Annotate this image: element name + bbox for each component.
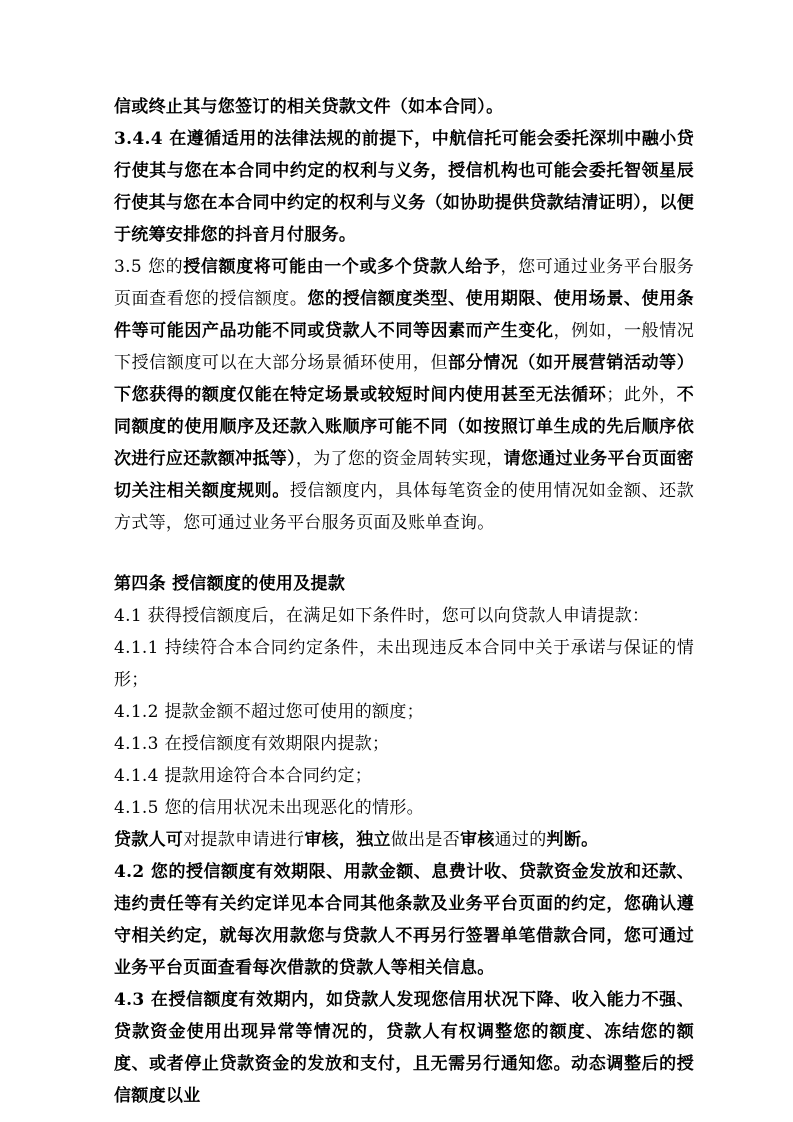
- bold-text-run: 审核，独立: [304, 830, 391, 850]
- paragraph: 信或终止其与您签订的相关贷款文件（如本合同）。: [114, 91, 694, 123]
- bold-text-run: 4.2 您的授信额度有效期限、用款金额、息费计收、贷款资金发放和还款、违约责任等…: [114, 862, 694, 978]
- bold-text-run: 4.3 在授信额度有效期内，如贷款人发现您信用状况下降、收入能力不强、贷款资金使…: [114, 990, 694, 1106]
- paragraph: 4.1.1 持续符合本合同约定条件，未出现违反本合同中关于承诺与保证的情形；: [114, 632, 694, 696]
- bold-text-run: 授信额度将可能由一个或多个贷款人给予: [183, 257, 500, 277]
- bold-text-run: 判断。: [547, 830, 599, 850]
- text-run: ；此外，: [606, 385, 676, 405]
- bold-text-run: 3.4.4 在遵循适用的法律法规的前提下，中航信托可能会委托深圳中融小贷行使其与…: [114, 129, 694, 245]
- paragraph: 4.3 在授信额度有效期内，如贷款人发现您信用状况下降、收入能力不强、贷款资金使…: [114, 984, 694, 1112]
- paragraph: 4.1.3 在授信额度有效期限内提款；: [114, 728, 694, 760]
- text-run: 4.1 获得授信额度后，在满足如下条件时，您可以向贷款人申请提款：: [114, 606, 649, 626]
- text-run: 做出是否: [391, 830, 460, 850]
- text-run: 3.5 您的: [114, 257, 183, 277]
- paragraph: 4.1.5 您的信用状况未出现恶化的情形。: [114, 792, 694, 824]
- section-heading: 第四条 授信额度的使用及提款: [114, 568, 694, 600]
- document-page: 信或终止其与您签订的相关贷款文件（如本合同）。3.4.4 在遵循适用的法律法规的…: [0, 0, 793, 1122]
- text-run: 4.1.1 持续符合本合同约定条件，未出现违反本合同中关于承诺与保证的情形；: [114, 638, 694, 690]
- text-run: 4.1.5 您的信用状况未出现恶化的情形。: [114, 798, 424, 818]
- bold-text-run: 审核: [460, 830, 495, 850]
- text-run: ，为了您的资金周转实现，: [296, 449, 504, 469]
- bold-text-run: 信或终止其与您签订的相关贷款文件（如本合同）。: [114, 97, 503, 117]
- text-run: 4.1.2 提款金额不超过您可使用的额度；: [114, 702, 424, 722]
- paragraph: 4.1.4 提款用途符合本合同约定；: [114, 760, 694, 792]
- text-run: 4.1.4 提款用途符合本合同约定；: [114, 766, 372, 786]
- paragraph: 3.5 您的授信额度将可能由一个或多个贷款人给予，您可通过业务平台服务页面查看您…: [114, 251, 694, 539]
- paragraph: 贷款人可对提款申请进行审核，独立做出是否审核通过的判断。: [114, 824, 694, 856]
- text-run: 通过的: [495, 830, 547, 850]
- paragraph: 4.1 获得授信额度后，在满足如下条件时，您可以向贷款人申请提款：: [114, 600, 694, 632]
- paragraph: 4.2 您的授信额度有效期限、用款金额、息费计收、贷款资金发放和还款、违约责任等…: [114, 856, 694, 984]
- text-run: 4.1.3 在授信额度有效期限内提款；: [114, 734, 389, 754]
- bold-text-run: 第四条 授信额度的使用及提款: [114, 574, 345, 594]
- bold-text-run: 贷款人可: [114, 830, 183, 850]
- text-run: 对提款申请进行: [183, 830, 304, 850]
- paragraph: 3.4.4 在遵循适用的法律法规的前提下，中航信托可能会委托深圳中融小贷行使其与…: [114, 123, 694, 251]
- contract-text-block: 信或终止其与您签订的相关贷款文件（如本合同）。3.4.4 在遵循适用的法律法规的…: [114, 91, 694, 1112]
- paragraph: 4.1.2 提款金额不超过您可使用的额度；: [114, 696, 694, 728]
